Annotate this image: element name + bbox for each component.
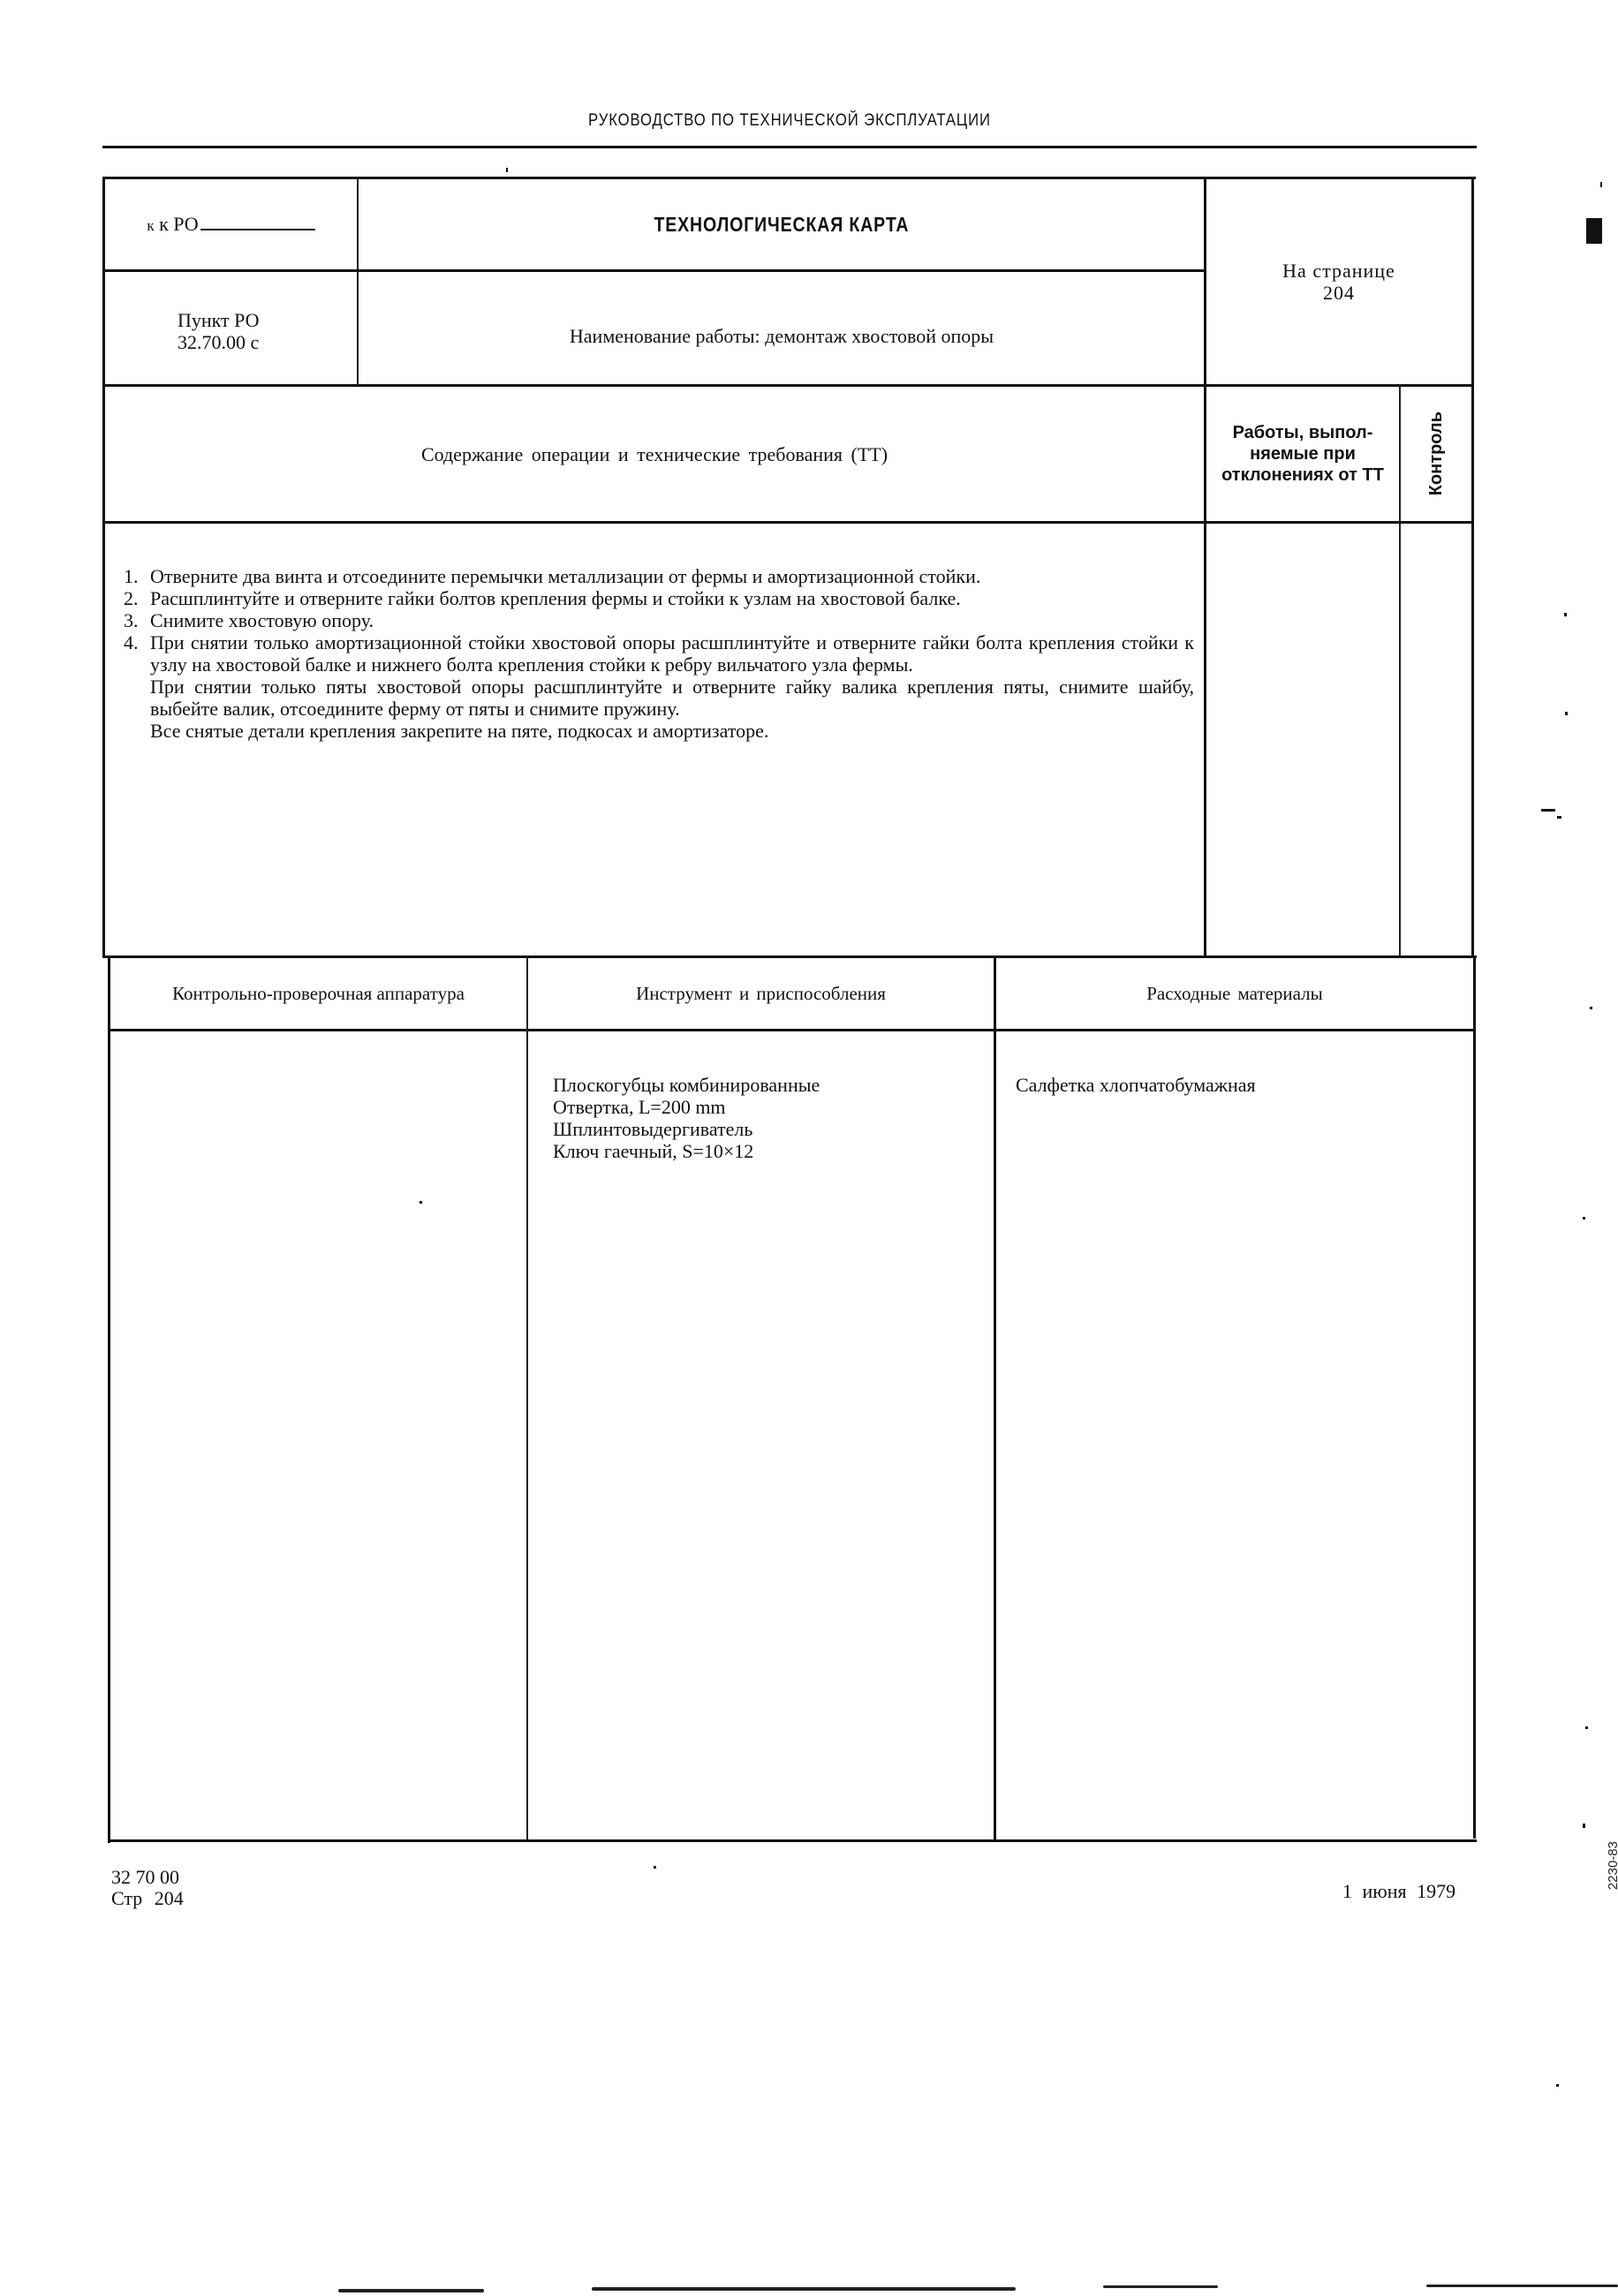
deviation-header: Работы, выпол-няемые при отклонениях от … <box>1206 387 1399 521</box>
scan-speck <box>420 1201 422 1204</box>
tools-header: Инструмент и приспособления <box>528 958 994 1029</box>
scan-speck <box>1583 1217 1585 1220</box>
step-number: 3. <box>124 609 139 631</box>
scan-speck <box>1590 1007 1592 1009</box>
operation-step: 1.Отверните два винта и отсоедините пере… <box>124 565 1194 587</box>
scan-speck <box>1541 809 1555 812</box>
ops-content-header: Содержание операции и технические требов… <box>105 387 1204 521</box>
resources-col2-divider <box>994 955 996 1841</box>
tool-item: Шплинтовыдергиватель <box>553 1118 820 1140</box>
side-mark: 2230-83 <box>1606 1841 1618 1890</box>
step-text: Все снятые детали крепления закрепите на… <box>150 720 1194 742</box>
footer-page: Стр 204 <box>111 1888 184 1909</box>
footer-date: 1 июня 1979 <box>1342 1881 1455 1902</box>
scan-speck <box>506 168 508 172</box>
ref-po-text: к РО <box>159 213 199 235</box>
scan-line <box>1426 2285 1618 2287</box>
resources-right-border <box>1473 955 1476 1839</box>
tool-item: Ключ гаечный, S=10×12 <box>553 1140 820 1162</box>
ops-content-label: Содержание операции и технические требов… <box>421 443 888 465</box>
scan-speck <box>1557 816 1561 819</box>
scan-speck <box>1565 712 1568 715</box>
ref-po-label: к к РО <box>147 213 314 237</box>
equipment-header: Контрольно-проверочная аппаратура <box>110 958 526 1029</box>
step-text: При снятии только пяты хвостовой опоры р… <box>150 676 1194 720</box>
step-text: Снимите хвостовую опору. <box>150 609 1194 631</box>
page-number: 204 <box>1323 282 1355 304</box>
material-item: Салфетка хлопчатобумажная <box>1016 1074 1256 1096</box>
page-ref-cell: На странице 204 <box>1206 179 1471 384</box>
resources-left-border <box>108 955 110 1843</box>
resources-bottom-border <box>108 1839 1477 1842</box>
materials-list: Салфетка хлопчатобумажная <box>1016 1074 1256 1096</box>
step-text: Отверните два винта и отсоедините перемы… <box>150 565 1194 587</box>
card-title: ТЕХНОЛОГИЧЕСКАЯ КАРТА <box>654 214 910 236</box>
scan-speck <box>1556 2084 1559 2087</box>
ref-po-blank <box>200 229 315 230</box>
step-number: 4. <box>124 631 139 653</box>
page-label: На странице <box>1282 260 1395 282</box>
footer-section: 32 70 00 <box>111 1867 179 1888</box>
scan-speck <box>1585 1726 1588 1729</box>
item-po-cell: Пункт РО 32.70.00 с <box>105 272 357 384</box>
ops-header-bottom <box>102 521 1474 524</box>
operation-step: 3.Снимите хвостовую опору. <box>124 609 1194 631</box>
tools-list: Плоскогубцы комбинированныеОтвертка, L=2… <box>553 1074 820 1162</box>
scan-line <box>338 2289 484 2292</box>
control-label: Контроль <box>1425 412 1448 495</box>
step-number: 1. <box>124 565 139 587</box>
tools-header-label: Инструмент и приспособления <box>636 983 886 1005</box>
operation-step: 4.При снятии только амортизационной стой… <box>124 631 1194 742</box>
scan-speck <box>1600 182 1602 187</box>
scan-line <box>1103 2285 1218 2288</box>
col1-divider <box>357 177 359 385</box>
item-po-label: Пункт РО <box>178 309 260 331</box>
resources-col1-divider <box>526 955 528 1841</box>
tool-item: Плоскогубцы комбинированные <box>553 1074 820 1096</box>
scan-mark <box>1586 218 1602 244</box>
scan-speck <box>654 1866 656 1869</box>
ref-po-cell: к к РО <box>105 179 357 269</box>
item-po-number: 32.70.00 с <box>178 331 259 353</box>
control-header: Контроль <box>1401 387 1471 521</box>
operation-steps: 1.Отверните два винта и отсоедините пере… <box>124 565 1194 742</box>
materials-header-label: Расходные материалы <box>1146 983 1323 1005</box>
card-title-cell: ТЕХНОЛОГИЧЕСКАЯ КАРТА <box>359 179 1204 269</box>
scan-speck <box>1564 613 1567 616</box>
deviation-label: Работы, выпол-няемые при отклонениях от … <box>1213 422 1392 486</box>
materials-header: Расходные материалы <box>996 958 1473 1029</box>
header-rule <box>102 146 1477 148</box>
step-number: 2. <box>124 587 139 609</box>
equipment-header-label: Контрольно-проверочная аппаратура <box>172 983 465 1005</box>
work-name-cell: Наименование работы: демонтаж хвостовой … <box>359 272 1204 384</box>
step-text: Расшплинтуйте и отверните гайки болтов к… <box>150 587 1194 609</box>
running-header: РУКОВОДСТВО ПО ТЕХНИЧЕСКОЙ ЭКСПЛУАТАЦИИ <box>185 111 1394 131</box>
tool-item: Отвертка, L=200 mm <box>553 1096 820 1118</box>
operation-step: 2.Расшплинтуйте и отверните гайки болтов… <box>124 587 1194 609</box>
resources-header-bottom <box>108 1029 1476 1031</box>
step-text: При снятии только амортизационной стойки… <box>150 631 1194 676</box>
scan-line <box>592 2287 1016 2291</box>
scan-speck <box>1583 1824 1585 1828</box>
work-name: Наименование работы: демонтаж хвостовой … <box>570 325 994 347</box>
table-right-border <box>1471 177 1474 958</box>
